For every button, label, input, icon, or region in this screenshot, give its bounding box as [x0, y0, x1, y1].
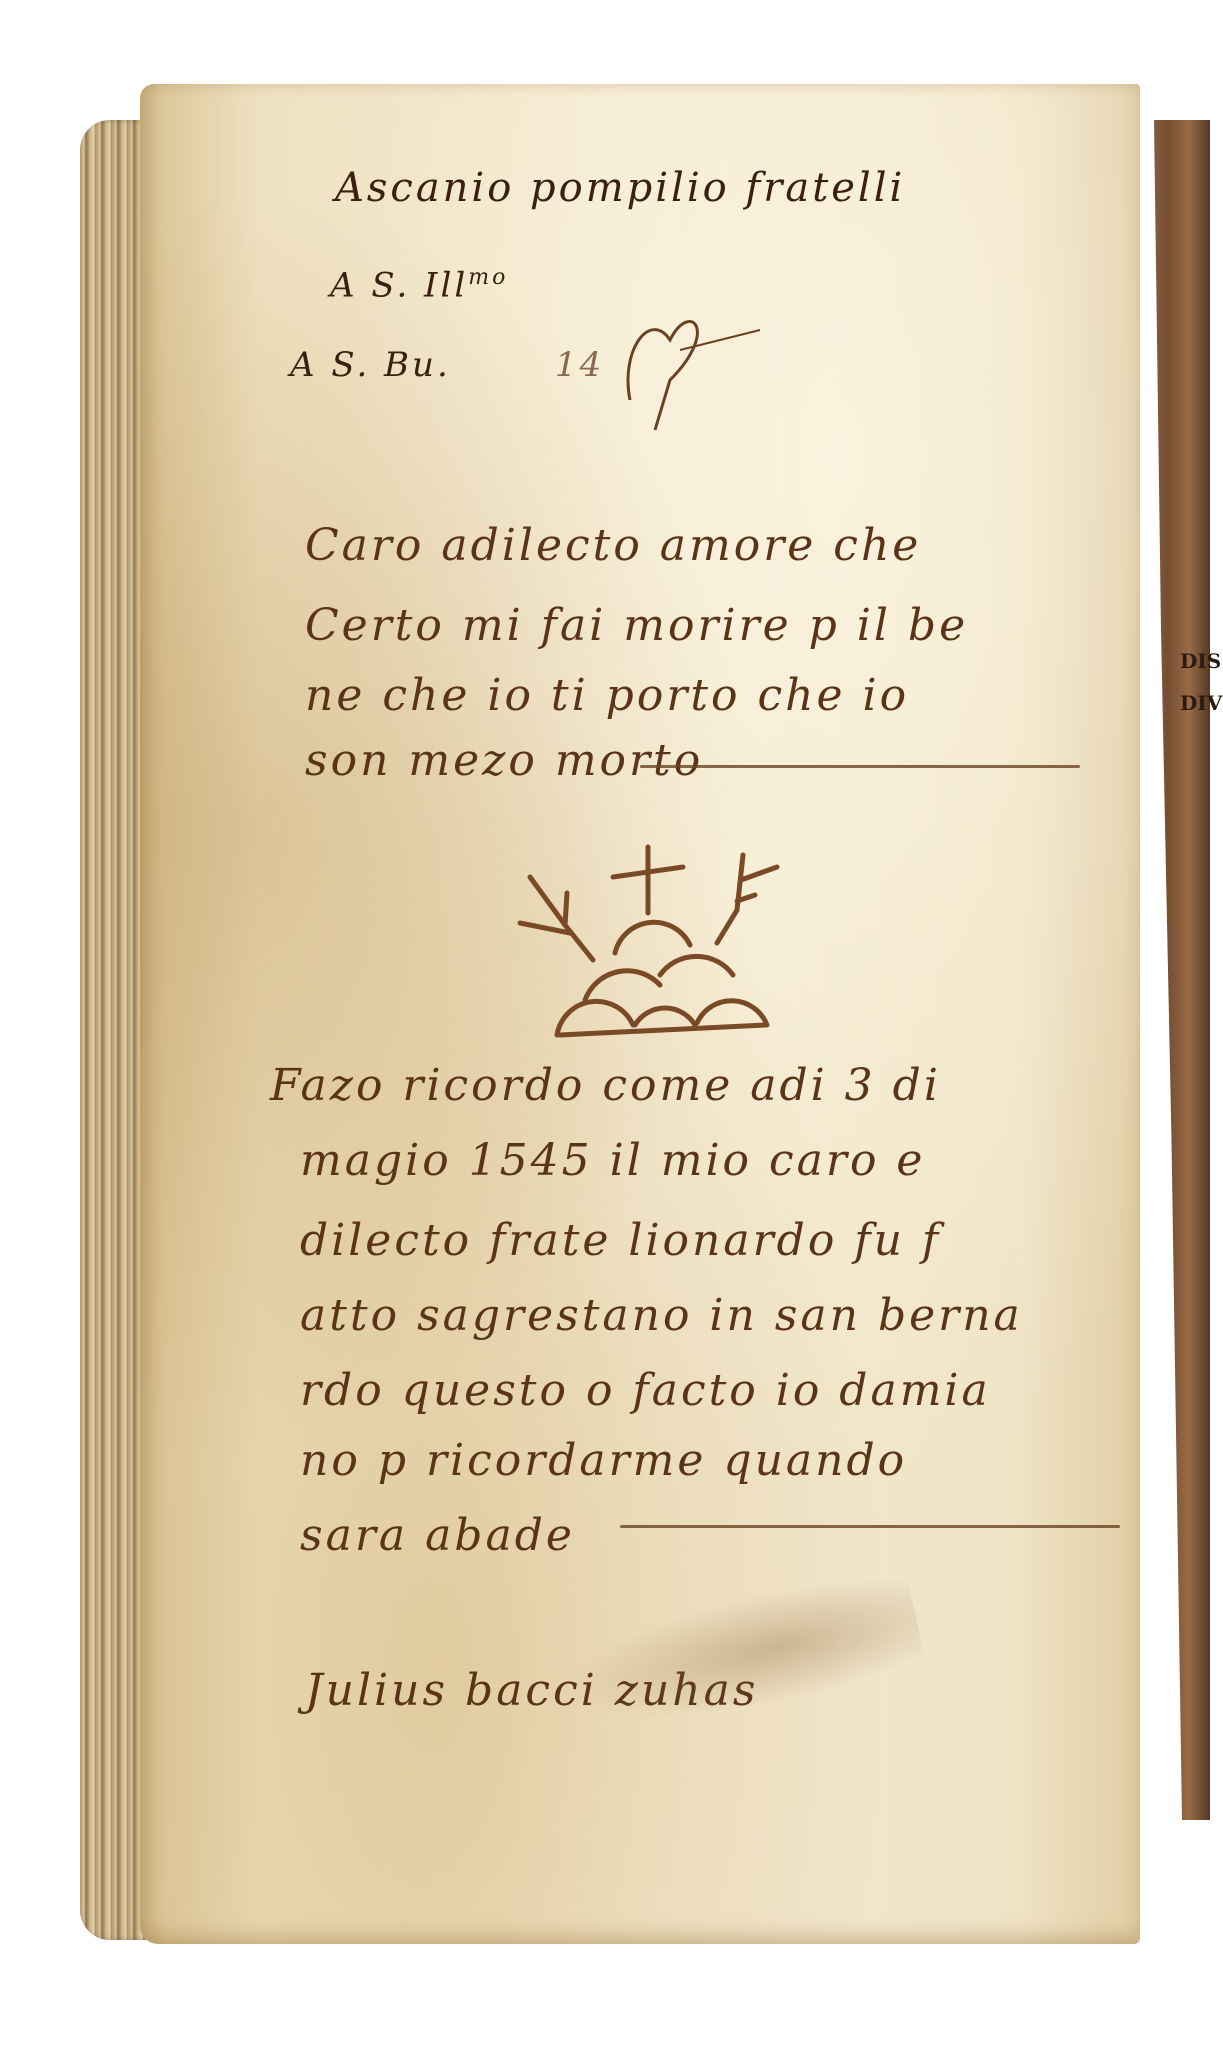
poem-line-1: Caro adilecto amore che — [305, 520, 921, 571]
poem-line-3: ne che io ti porto che io — [305, 670, 909, 721]
record-line-4: atto sagrestano in san berna — [300, 1290, 1023, 1341]
address-line-2-text: A S. Ill — [330, 265, 468, 305]
address-line-1: Ascanio pompilio fratelli — [335, 165, 905, 211]
address-line-3: A S. Bu. — [290, 345, 451, 385]
record-line-6: no p ricordarme quando — [300, 1435, 907, 1486]
record-line-3: dilecto frate lionardo fu f — [300, 1215, 941, 1266]
record-line-1: Fazo ricordo come adi 3 di — [270, 1060, 941, 1111]
poem-line-2: Certo mi fai morire p il be — [305, 600, 968, 651]
poem-line-4: son mezo morto — [305, 735, 703, 786]
book-spine-strip — [1140, 120, 1210, 1820]
address-mark: 14 — [555, 345, 604, 385]
spine-label-line: DIS — [1180, 640, 1220, 682]
calvary-cross-icon — [485, 825, 805, 1065]
spine-label: DIS DIVI — [1180, 640, 1220, 724]
record-end-rule — [620, 1525, 1120, 1528]
poem-end-rule — [640, 765, 1080, 768]
record-line-2: magio 1545 il mio caro e — [300, 1135, 925, 1186]
address-line-2: A S. Illmo — [330, 265, 508, 305]
heart-flourish-icon — [610, 290, 770, 440]
record-line-5: rdo questo o facto io damia — [300, 1365, 991, 1416]
record-line-7: sara abade — [300, 1510, 575, 1561]
spine-label-line: DIVI — [1180, 682, 1220, 724]
address-line-2-sup: mo — [468, 265, 508, 290]
